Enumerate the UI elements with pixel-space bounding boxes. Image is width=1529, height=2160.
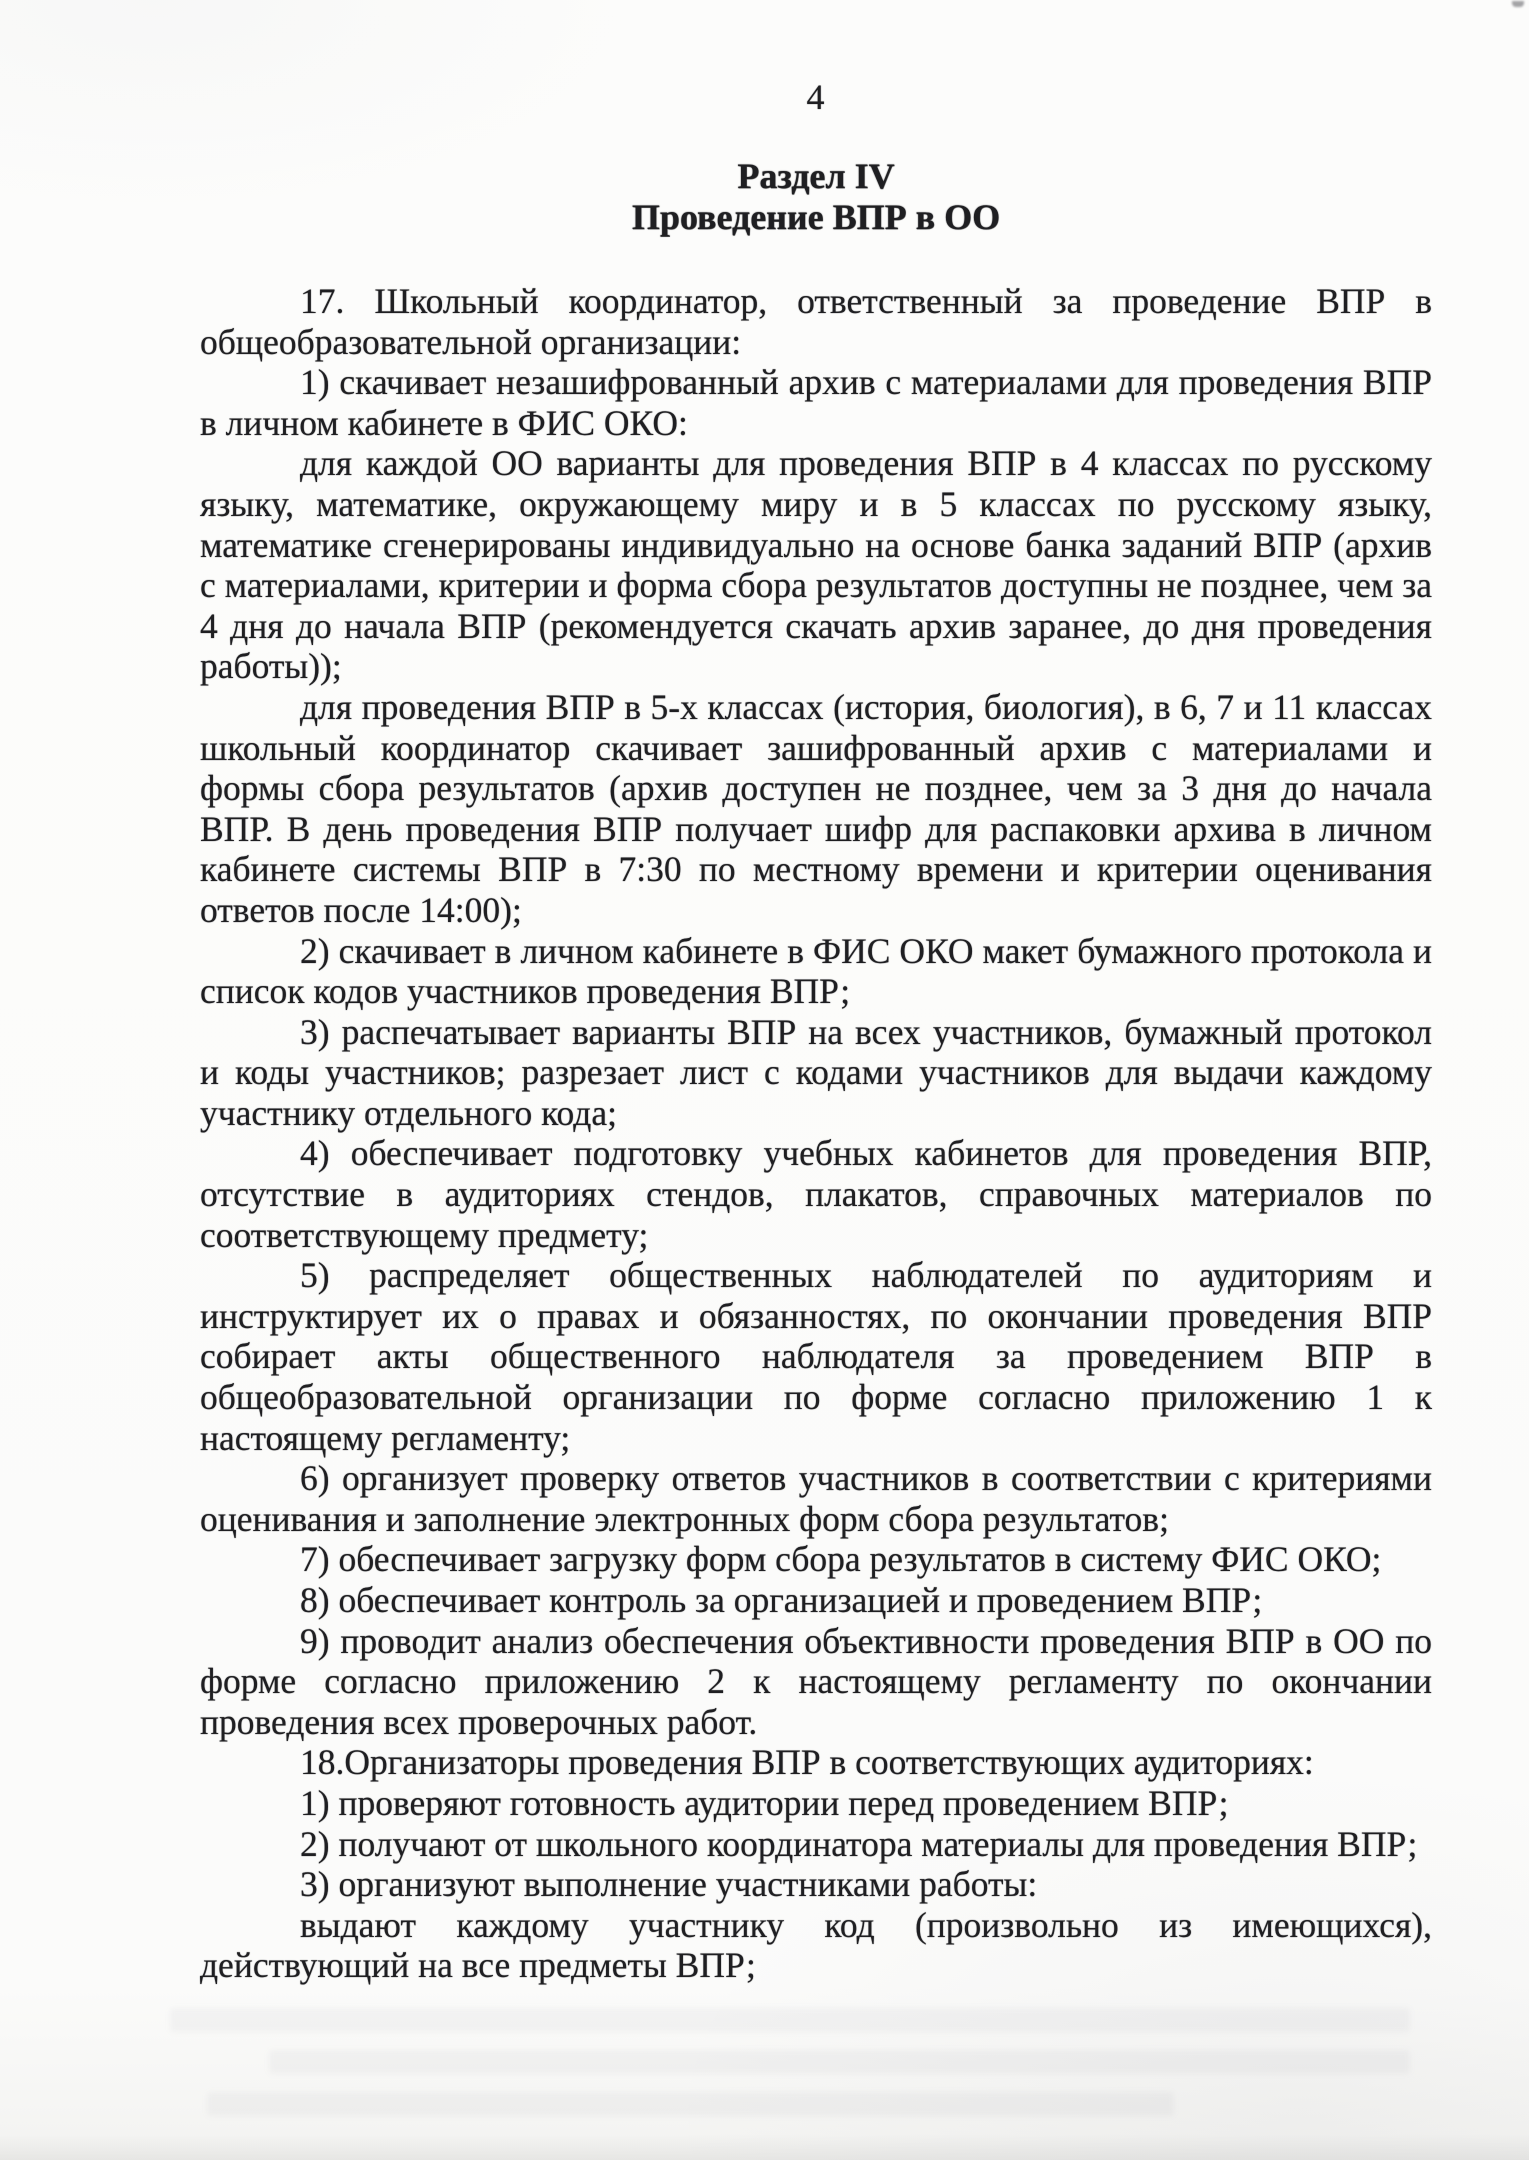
body-paragraph: 4) обеспечивает подготовку учебных кабин… [200,1133,1432,1255]
body-paragraph: 2) получают от школьного координатора ма… [200,1824,1432,1865]
scan-bleedthrough-line [170,2008,1410,2032]
document-body: 17. Школьный координатор, ответственный … [200,281,1432,1986]
body-paragraph: 9) проводит анализ обеспечения объективн… [200,1621,1432,1743]
body-paragraph: 3) организуют выполнение участниками раб… [200,1864,1432,1905]
scan-bleedthrough-line [207,2092,1174,2116]
body-paragraph: 6) организует проверку ответов участнико… [200,1458,1432,1539]
body-paragraph: для проведения ВПР в 5-х классах (истори… [200,687,1432,931]
body-paragraph: 7) обеспечивает загрузку форм сбора резу… [200,1539,1432,1580]
section-subheading: Проведение ВПР в ОО [200,197,1432,238]
section-heading-block: Раздел IV Проведение ВПР в ОО [200,156,1432,238]
scanned-document-page: 4 Раздел IV Проведение ВПР в ОО 17. Школ… [0,0,1529,2160]
body-paragraph: 2) скачивает в личном кабинете в ФИС ОКО… [200,931,1432,1012]
body-paragraph: выдают каждому участнику код (произвольн… [200,1905,1432,1986]
body-paragraph: для каждой ОО варианты для проведения ВП… [200,443,1432,687]
section-heading: Раздел IV [200,156,1432,197]
scan-edge-shading [0,2134,1529,2160]
page-number: 4 [200,76,1432,118]
scan-bleedthrough-line [269,2050,1410,2074]
scan-speck-artifact [1512,1,1524,7]
body-paragraph: 17. Школьный координатор, ответственный … [200,281,1432,362]
body-paragraph: 5) распределяет общественных наблюдателе… [200,1255,1432,1458]
scan-bleedthrough-artifact [170,2008,1410,2134]
body-paragraph: 1) скачивает незашифрованный архив с мат… [200,362,1432,443]
body-paragraph: 3) распечатывает варианты ВПР на всех уч… [200,1012,1432,1134]
body-paragraph: 1) проверяют готовность аудитории перед … [200,1783,1432,1824]
body-paragraph: 18.Организаторы проведения ВПР в соответ… [200,1742,1432,1783]
body-paragraph: 8) обеспечивает контроль за организацией… [200,1580,1432,1621]
